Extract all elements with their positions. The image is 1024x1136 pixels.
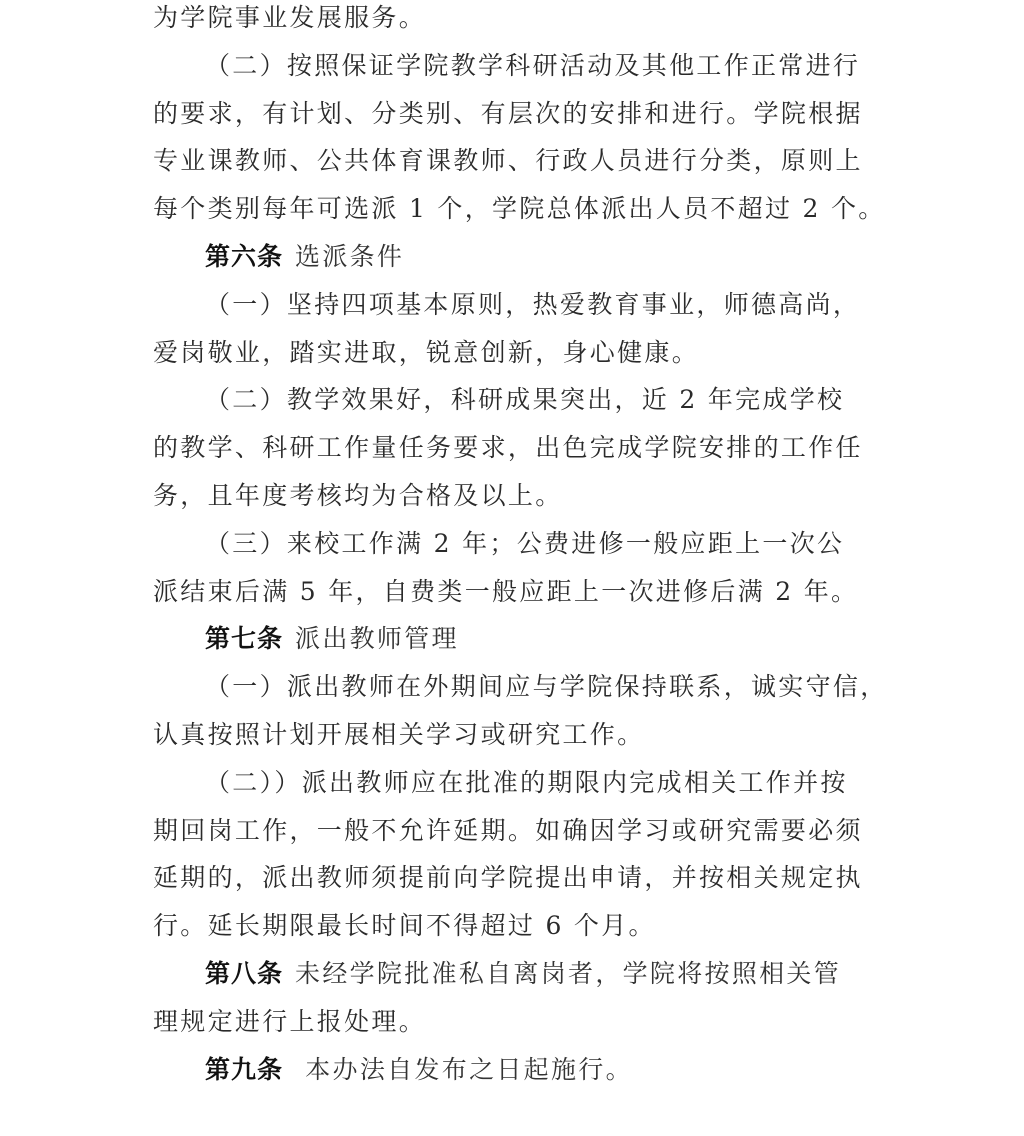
article-heading-9: 第九条 本办法自发布之日起施行。	[153, 1046, 865, 1094]
text-line: （二）教学效果好，科研成果突出，近 2 年完成学校	[153, 376, 865, 424]
text-line: 理规定进行上报处理。	[153, 998, 865, 1046]
text-line: 延期的，派出教师须提前向学院提出申请，并按相关规定执	[153, 854, 865, 902]
text-line: 派结束后满 5 年，自费类一般应距上一次进修后满 2 年。	[153, 568, 865, 616]
article-number: 第七条	[205, 624, 283, 653]
text-line: 期回岗工作，一般不允许延期。如确因学习或研究需要必须	[153, 807, 865, 855]
article-heading-7: 第七条派出教师管理	[153, 615, 865, 663]
text-line: 务，且年度考核均为合格及以上。	[153, 472, 865, 520]
text-line: 为学院事业发展服务。	[153, 0, 865, 42]
article-number: 第九条	[205, 1055, 283, 1084]
article-heading-6: 第六条选派条件	[153, 233, 865, 281]
document-page: 为学院事业发展服务。 （二）按照保证学院教学科研活动及其他工作正常进行 的要求，…	[153, 0, 865, 1093]
text-line: （一）坚持四项基本原则，热爱教育事业，师德高尚，	[153, 281, 865, 329]
article-number: 第八条	[205, 959, 283, 988]
article-number: 第六条	[205, 242, 283, 271]
text-line: （三）来校工作满 2 年；公费进修一般应距上一次公	[153, 520, 865, 568]
text-line: 认真按照计划开展相关学习或研究工作。	[153, 711, 865, 759]
article-heading-8: 第八条未经学院批准私自离岗者，学院将按照相关管	[153, 950, 865, 998]
text-line: 的要求，有计划、分类别、有层次的安排和进行。学院根据	[153, 90, 865, 138]
text-line: 爱岗敬业，踏实进取，锐意创新，身心健康。	[153, 329, 865, 377]
article-text: 本办法自发布之日起施行。	[295, 1055, 633, 1084]
article-title: 派出教师管理	[295, 624, 459, 653]
article-text: 未经学院批准私自离岗者，学院将按照相关管	[295, 959, 841, 988]
text-line: 行。延长期限最长时间不得超过 6 个月。	[153, 902, 865, 950]
text-line: 的教学、科研工作量任务要求，出色完成学院安排的工作任	[153, 424, 865, 472]
text-line: 专业课教师、公共体育课教师、行政人员进行分类，原则上	[153, 137, 865, 185]
text-line: （一）派出教师在外期间应与学院保持联系，诚实守信，	[153, 663, 865, 711]
text-line: 每个类别每年可选派 1 个，学院总体派出人员不超过 2 个。	[153, 185, 865, 233]
article-title: 选派条件	[295, 242, 404, 271]
text-line: （二）按照保证学院教学科研活动及其他工作正常进行	[153, 42, 865, 90]
text-line: （二））派出教师应在批准的期限内完成相关工作并按	[153, 759, 865, 807]
